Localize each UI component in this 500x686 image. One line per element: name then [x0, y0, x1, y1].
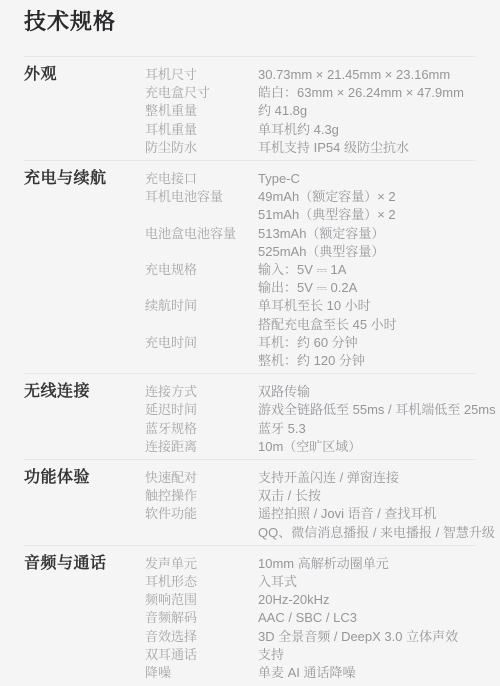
- spec-row: 续航时间 单耳机至长 10 小时搭配充电盒至长 45 小时: [145, 297, 476, 333]
- spec-row: 音频解码 AAC / SBC / LC3: [145, 609, 476, 627]
- spec-value-line: 皓白：63mm × 26.24mm × 47.9mm: [258, 84, 476, 102]
- spec-value-line: 入耳式: [258, 573, 476, 591]
- spec-value-line: 蓝牙 5.3: [258, 420, 476, 438]
- spec-row: 防尘防水 耳机支持 IP54 级防尘抗水: [145, 139, 476, 157]
- spec-value-line: 输出：5V ⎓ 0.2A: [258, 279, 476, 297]
- spec-row: 耳机重量 单耳机约 4.3g: [145, 121, 476, 139]
- spec-value-line: 支持开盖闪连 / 弹窗连接: [258, 469, 476, 487]
- spec-section-4: 音频与通话 发声单元 10mm 高解析动圈单元 耳机形态 入耳式 频响范围 20…: [24, 545, 476, 685]
- spec-value: 单耳机至长 10 小时搭配充电盒至长 45 小时: [258, 297, 476, 333]
- spec-label: 电池盒电池容量: [145, 225, 258, 243]
- spec-value: 49mAh（额定容量）× 251mAh（典型容量）× 2: [258, 188, 476, 224]
- spec-value: 支持开盖闪连 / 弹窗连接: [258, 469, 476, 487]
- spec-row: 充电接口 Type-C: [145, 170, 476, 188]
- spec-value-line: 双路传输: [258, 383, 476, 401]
- spec-row: 电池盒电池容量 513mAh（额定容量）525mAh（典型容量）: [145, 225, 476, 261]
- spec-row: 充电时间 耳机：约 60 分钟整机：约 120 分钟: [145, 334, 476, 370]
- spec-value-line: 遥控拍照 / Jovi 语音 / 查找耳机: [258, 505, 476, 523]
- spec-value: 耳机支持 IP54 级防尘抗水: [258, 139, 476, 157]
- spec-label: 双耳通话: [145, 646, 258, 664]
- spec-label: 软件功能: [145, 505, 258, 523]
- spec-row: 延迟时间 游戏全链路低至 55ms / 耳机端低至 25ms: [145, 401, 476, 419]
- spec-value-line: 单耳机约 4.3g: [258, 121, 476, 139]
- spec-value: 20Hz-20kHz: [258, 591, 476, 609]
- spec-value-line: 3D 全景音频 / DeepX 3.0 立体声效: [258, 628, 476, 646]
- spec-row: 频响范围 20Hz-20kHz: [145, 591, 476, 609]
- spec-row: 蓝牙规格 蓝牙 5.3: [145, 420, 476, 438]
- spec-value: 入耳式: [258, 573, 476, 591]
- spec-value-line: 输入：5V ⎓ 1A: [258, 261, 476, 279]
- section-category: 外观: [24, 66, 145, 157]
- spec-value: 约 41.8g: [258, 102, 476, 120]
- spec-label: 降噪: [145, 664, 258, 682]
- spec-row: 耳机尺寸 30.73mm × 21.45mm × 23.16mm: [145, 66, 476, 84]
- spec-row: 充电盒尺寸 皓白：63mm × 26.24mm × 47.9mm: [145, 84, 476, 102]
- spec-page: 技术规格 外观 耳机尺寸 30.73mm × 21.45mm × 23.16mm…: [0, 0, 500, 686]
- spec-label: 快速配对: [145, 469, 258, 487]
- spec-label: 连接距离: [145, 438, 258, 456]
- spec-label: 耳机形态: [145, 573, 258, 591]
- spec-section-2: 无线连接 连接方式 双路传输 延迟时间 游戏全链路低至 55ms / 耳机端低至…: [24, 373, 476, 459]
- spec-value-line: 搭配充电盒至长 45 小时: [258, 316, 476, 334]
- spec-row: 整机重量 约 41.8g: [145, 102, 476, 120]
- spec-value-line: 支持: [258, 646, 476, 664]
- page-title: 技术规格: [24, 8, 476, 36]
- section-rows: 耳机尺寸 30.73mm × 21.45mm × 23.16mm 充电盒尺寸 皓…: [145, 66, 476, 157]
- spec-value-line: 耳机支持 IP54 级防尘抗水: [258, 139, 476, 157]
- spec-value-line: 10m（空旷区域）: [258, 438, 476, 456]
- spec-row: 软件功能 遥控拍照 / Jovi 语音 / 查找耳机QQ、微信消息播报 / 来电…: [145, 505, 476, 541]
- spec-value: AAC / SBC / LC3: [258, 609, 476, 627]
- spec-value-line: 耳机：约 60 分钟: [258, 334, 476, 352]
- spec-label: 频响范围: [145, 591, 258, 609]
- spec-section-1: 充电与续航 充电接口 Type-C 耳机电池容量 49mAh（额定容量）× 25…: [24, 160, 476, 373]
- spec-row: 快速配对 支持开盖闪连 / 弹窗连接: [145, 469, 476, 487]
- spec-label: 充电时间: [145, 334, 258, 352]
- spec-value-line: 10mm 高解析动圈单元: [258, 555, 476, 573]
- spec-value-line: Type-C: [258, 170, 476, 188]
- section-category: 功能体验: [24, 469, 145, 542]
- spec-row: 连接方式 双路传输: [145, 383, 476, 401]
- spec-value-line: AAC / SBC / LC3: [258, 609, 476, 627]
- spec-row: 降噪 单麦 AI 通话降噪: [145, 664, 476, 682]
- spec-value-line: 51mAh（典型容量）× 2: [258, 206, 476, 224]
- spec-value-line: 整机：约 120 分钟: [258, 352, 476, 370]
- spec-value-line: 513mAh（额定容量）: [258, 225, 476, 243]
- spec-row: 耳机电池容量 49mAh（额定容量）× 251mAh（典型容量）× 2: [145, 188, 476, 224]
- spec-value: 10mm 高解析动圈单元: [258, 555, 476, 573]
- spec-label: 触控操作: [145, 487, 258, 505]
- spec-label: 发声单元: [145, 555, 258, 573]
- spec-value: 双路传输: [258, 383, 476, 401]
- spec-section-0: 外观 耳机尺寸 30.73mm × 21.45mm × 23.16mm 充电盒尺…: [24, 56, 476, 160]
- section-category: 无线连接: [24, 383, 145, 456]
- spec-value-line: 30.73mm × 21.45mm × 23.16mm: [258, 66, 476, 84]
- spec-value-line: 49mAh（额定容量）× 2: [258, 188, 476, 206]
- section-rows: 发声单元 10mm 高解析动圈单元 耳机形态 入耳式 频响范围 20Hz-20k…: [145, 555, 476, 682]
- spec-value: 双击 / 长按: [258, 487, 476, 505]
- spec-value-line: 525mAh（典型容量）: [258, 243, 476, 261]
- section-category: 音频与通话: [24, 555, 145, 682]
- spec-value-line: 单麦 AI 通话降噪: [258, 664, 476, 682]
- spec-label: 耳机尺寸: [145, 66, 258, 84]
- spec-sections: 外观 耳机尺寸 30.73mm × 21.45mm × 23.16mm 充电盒尺…: [24, 56, 476, 685]
- spec-value-line: 约 41.8g: [258, 102, 476, 120]
- spec-value-line: 双击 / 长按: [258, 487, 476, 505]
- spec-label: 耳机电池容量: [145, 188, 258, 206]
- section-rows: 快速配对 支持开盖闪连 / 弹窗连接 触控操作 双击 / 长按 软件功能 遥控拍…: [145, 469, 476, 542]
- section-rows: 连接方式 双路传输 延迟时间 游戏全链路低至 55ms / 耳机端低至 25ms…: [145, 383, 476, 456]
- spec-row: 发声单元 10mm 高解析动圈单元: [145, 555, 476, 573]
- spec-value: 513mAh（额定容量）525mAh（典型容量）: [258, 225, 476, 261]
- spec-label: 音效选择: [145, 628, 258, 646]
- spec-value: 蓝牙 5.3: [258, 420, 476, 438]
- spec-row: 耳机形态 入耳式: [145, 573, 476, 591]
- spec-label: 音频解码: [145, 609, 258, 627]
- spec-label: 防尘防水: [145, 139, 258, 157]
- spec-label: 充电规格: [145, 261, 258, 279]
- spec-value: 10m（空旷区域）: [258, 438, 476, 456]
- spec-label: 连接方式: [145, 383, 258, 401]
- spec-row: 触控操作 双击 / 长按: [145, 487, 476, 505]
- spec-row: 双耳通话 支持: [145, 646, 476, 664]
- spec-row: 连接距离 10m（空旷区域）: [145, 438, 476, 456]
- spec-value-line: 20Hz-20kHz: [258, 591, 476, 609]
- spec-value: Type-C: [258, 170, 476, 188]
- spec-value: 单麦 AI 通话降噪: [258, 664, 476, 682]
- spec-label: 耳机重量: [145, 121, 258, 139]
- spec-label: 续航时间: [145, 297, 258, 315]
- spec-value: 输入：5V ⎓ 1A输出：5V ⎓ 0.2A: [258, 261, 476, 297]
- spec-value: 单耳机约 4.3g: [258, 121, 476, 139]
- spec-label: 整机重量: [145, 102, 258, 120]
- spec-label: 蓝牙规格: [145, 420, 258, 438]
- spec-value: 皓白：63mm × 26.24mm × 47.9mm: [258, 84, 476, 102]
- spec-value: 支持: [258, 646, 476, 664]
- spec-value: 30.73mm × 21.45mm × 23.16mm: [258, 66, 476, 84]
- spec-label: 充电接口: [145, 170, 258, 188]
- spec-row: 充电规格 输入：5V ⎓ 1A输出：5V ⎓ 0.2A: [145, 261, 476, 297]
- spec-label: 延迟时间: [145, 401, 258, 419]
- section-rows: 充电接口 Type-C 耳机电池容量 49mAh（额定容量）× 251mAh（典…: [145, 170, 476, 370]
- spec-row: 音效选择 3D 全景音频 / DeepX 3.0 立体声效: [145, 628, 476, 646]
- spec-section-3: 功能体验 快速配对 支持开盖闪连 / 弹窗连接 触控操作 双击 / 长按 软件功…: [24, 459, 476, 545]
- spec-value-line: 单耳机至长 10 小时: [258, 297, 476, 315]
- section-category: 充电与续航: [24, 170, 145, 370]
- spec-value: 3D 全景音频 / DeepX 3.0 立体声效: [258, 628, 476, 646]
- spec-value: 遥控拍照 / Jovi 语音 / 查找耳机QQ、微信消息播报 / 来电播报 / …: [258, 505, 476, 541]
- spec-value: 耳机：约 60 分钟整机：约 120 分钟: [258, 334, 476, 370]
- spec-value: 游戏全链路低至 55ms / 耳机端低至 25ms: [258, 401, 476, 419]
- spec-label: 充电盒尺寸: [145, 84, 258, 102]
- spec-value-line: QQ、微信消息播报 / 来电播报 / 智慧升级: [258, 524, 476, 542]
- spec-value-line: 游戏全链路低至 55ms / 耳机端低至 25ms: [258, 401, 476, 419]
